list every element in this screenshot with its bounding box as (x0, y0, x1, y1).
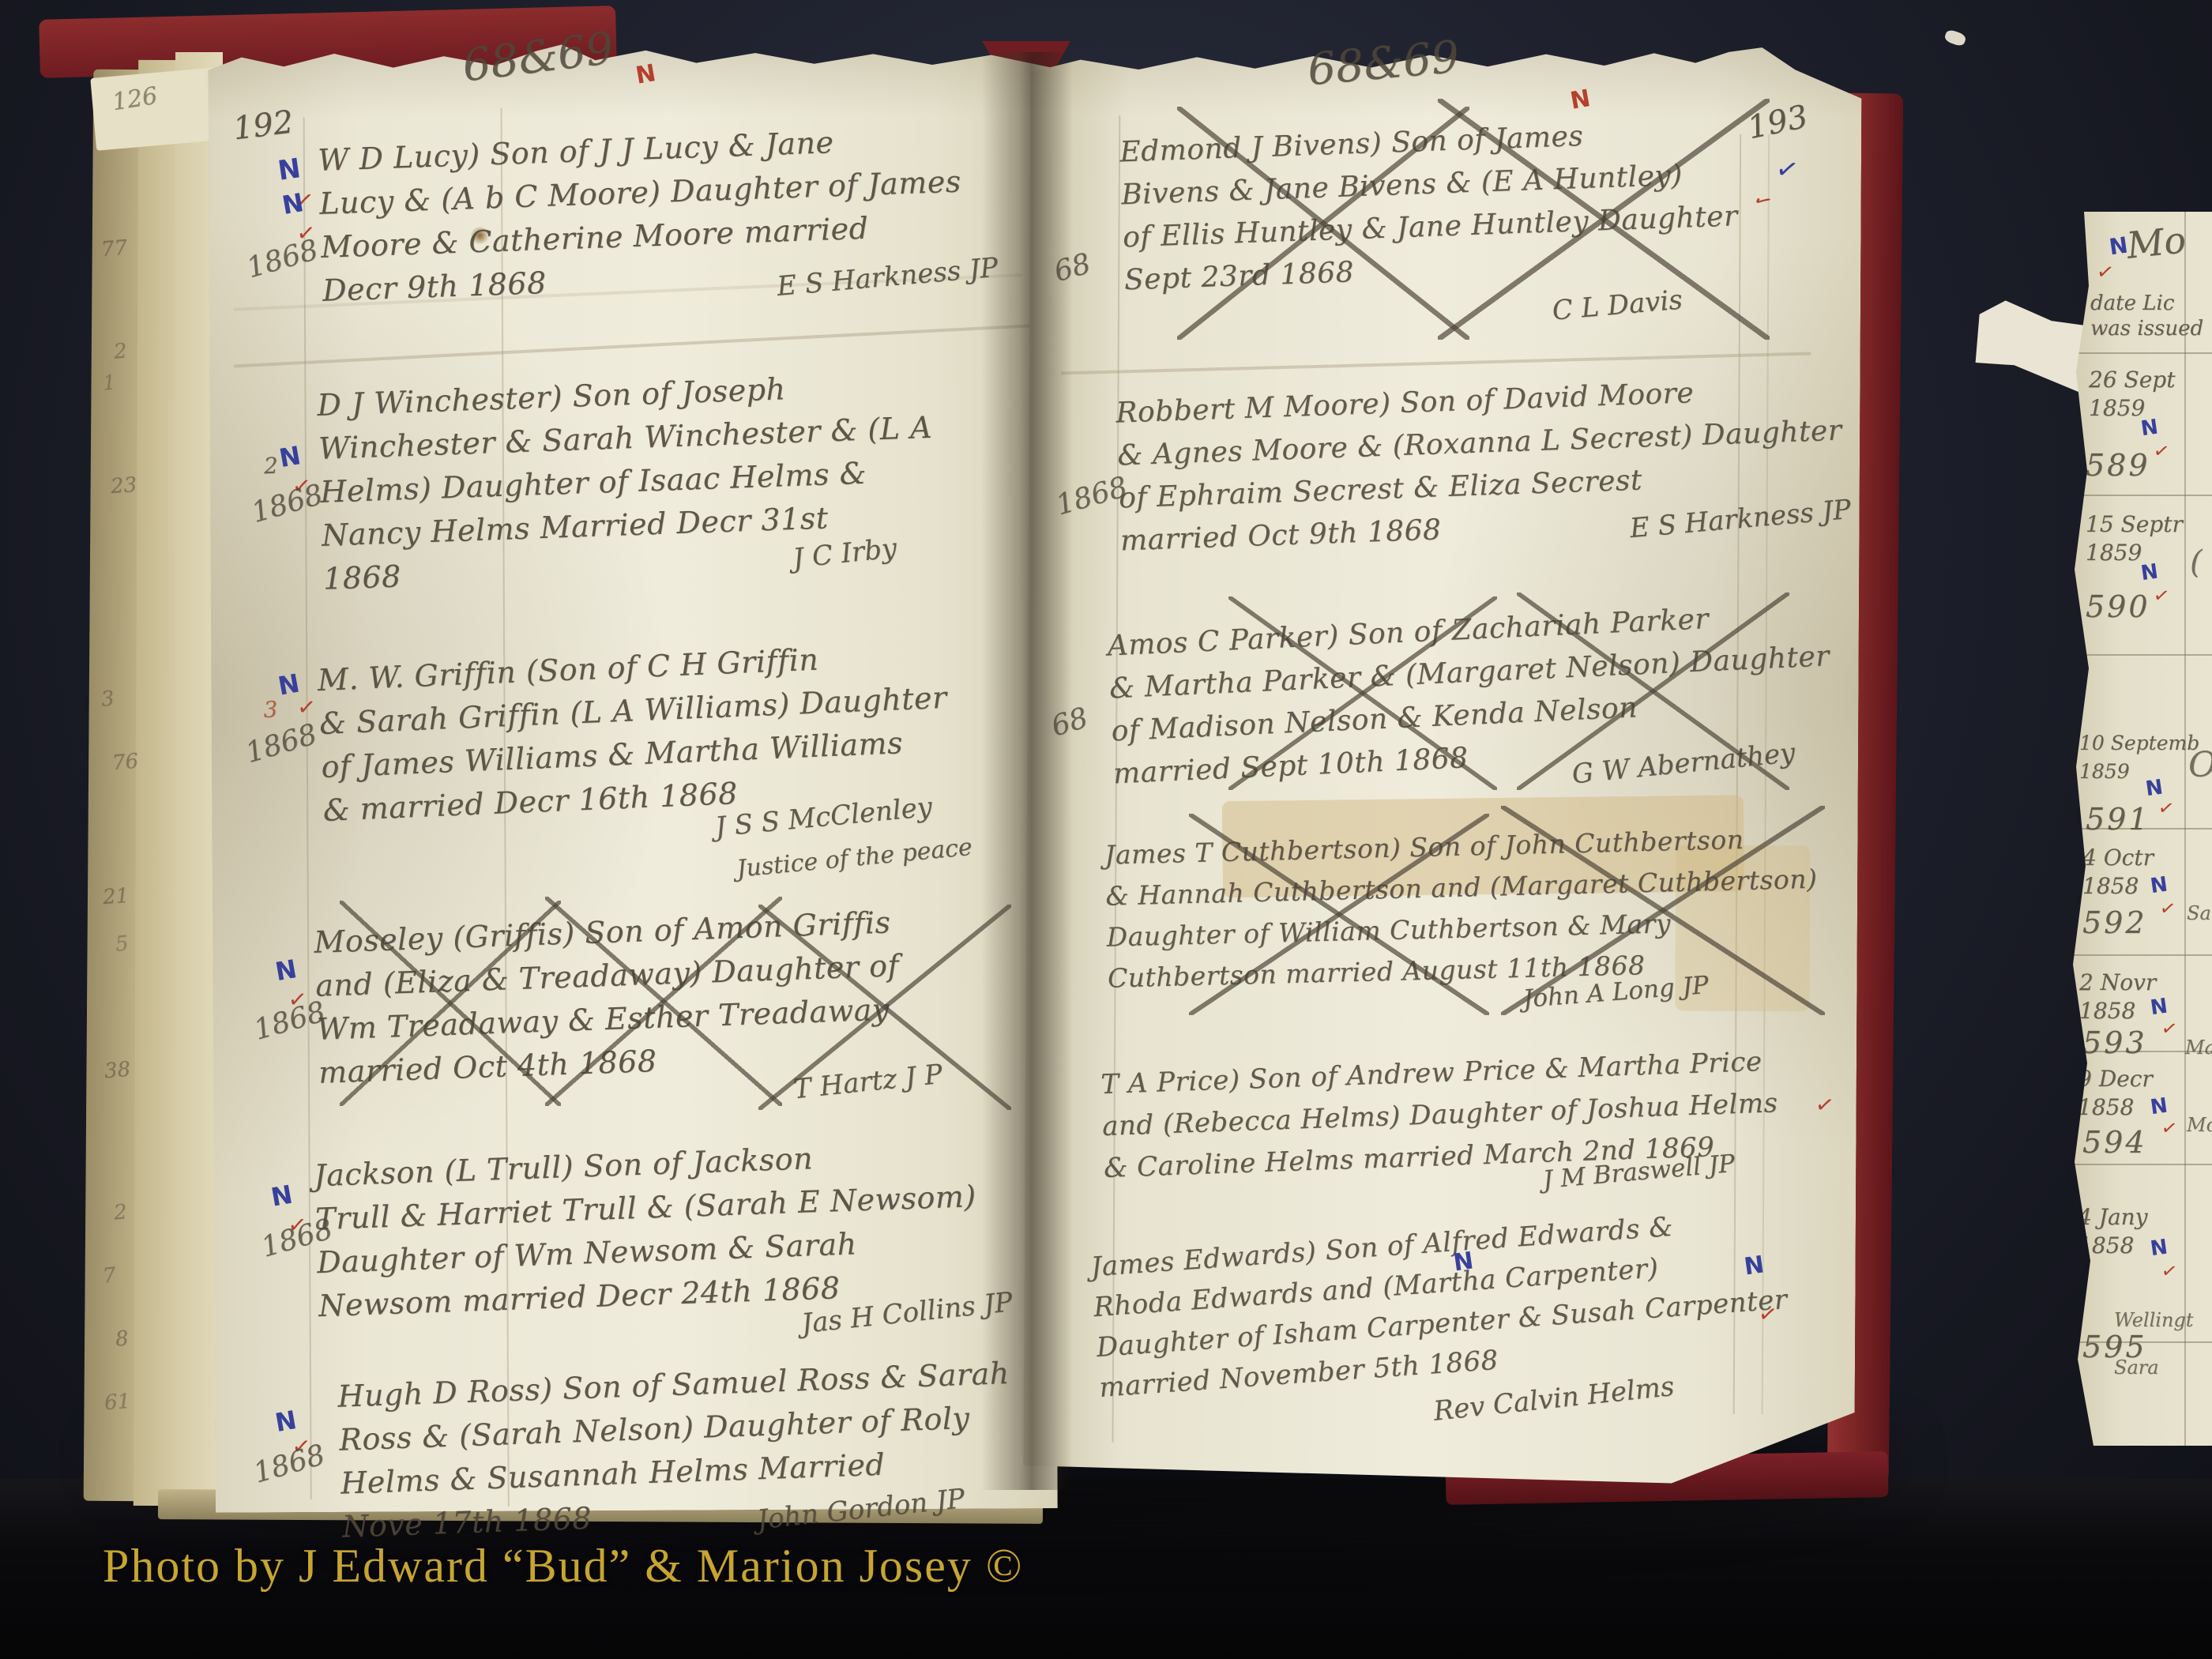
marriage-entry: 3 N ✓ 1868 M. W. Griffin (Son of C H Gri… (317, 629, 1042, 833)
fragment-separator (2068, 1164, 2212, 1165)
marriage-entry: 2 N ✓ 1868 D J Winchester) Son of Joseph… (316, 359, 1042, 601)
entry-index-mark: 2 (263, 453, 278, 480)
red-check-mark: ✓ (2158, 897, 2177, 919)
edge-number: 77 (100, 236, 129, 262)
page-crease (234, 324, 1031, 367)
ledger-photograph: 126 77 2 1 23 3 76 21 5 38 2 7 8 61 68&6… (0, 0, 2212, 1659)
red-check-mark: ✓ (2152, 440, 2171, 461)
fragment-column-header: date Lic was issued (2090, 291, 2203, 341)
license-number: 592 (2082, 905, 2147, 940)
edge-number: 3 (100, 687, 115, 712)
fragment-row: 4 Octr 1858 N ✓ 592 Sam (2068, 844, 2212, 954)
blue-n-mark: N (273, 956, 299, 984)
fragment-partial-text: Wellingt Sara (2114, 1296, 2193, 1391)
crossout-x (758, 905, 1011, 1110)
red-check-mark: ✓ (2157, 797, 2176, 818)
crossout-x (1228, 596, 1497, 790)
edge-number: 2 (113, 339, 128, 363)
edge-number: 2 (113, 1200, 128, 1224)
license-date: 4 Octr 1858 (2082, 844, 2154, 901)
fragment-row: 10 Septemb 1859 N ✓ 591 O (2068, 729, 2212, 848)
license-number: 589 (2086, 448, 2150, 483)
edge-number: 8 (115, 1326, 130, 1351)
edge-number: 38 (103, 1058, 132, 1084)
fragment-partial-text: Sam (2187, 901, 2212, 926)
crossout-x (545, 897, 782, 1106)
crossout-x (1177, 107, 1469, 340)
blue-n-mark: N (2149, 1237, 2169, 1260)
fragment-page: Mo N ✓ date Lic was issued 26 Sept 1859 … (2068, 212, 2212, 1446)
red-check-mark: ✓ (2095, 261, 2116, 284)
fragment-row: 15 Septr 1859 N ✓ 590 ( (2068, 510, 2212, 645)
crossout-x (340, 901, 561, 1106)
fragment-header: Mo (2124, 218, 2188, 267)
marriage-entry: N ✓ 1868 Hugh D Ross) Son of Samuel Ross… (337, 1350, 1053, 1548)
fragment-row: 4 Jany 1858 N ✓ 595 Wellingt Sara (2068, 1203, 2212, 1440)
page-rule-line (303, 117, 312, 1499)
entry-text: D J Winchester) Son of Joseph Winchester… (316, 359, 1042, 601)
entry-text: M. W. Griffin (Son of C H Griffin & Sara… (317, 629, 1042, 833)
blue-n-mark: N (269, 1182, 295, 1210)
entry-text: Hugh D Ross) Son of Samuel Ross & Sarah … (337, 1350, 1053, 1548)
crossout-x (1517, 592, 1789, 790)
red-check-mark: ✓ (2160, 1018, 2179, 1039)
edge-number: 21 (102, 884, 130, 909)
fragment-partial-text: ( (2190, 550, 2203, 575)
fragment-row: 9 Decr 1858 N ✓ 594 Mo (2068, 1065, 2212, 1160)
red-check-mark: ✓ (2160, 1260, 2179, 1281)
edge-number: 5 (114, 931, 130, 957)
fragment-separator (2068, 954, 2212, 956)
red-check-mark: ✓ (1814, 1093, 1836, 1118)
blue-n-mark: N (280, 190, 306, 218)
marriage-entry: N ✓ 1868 Jackson (L Trull) Son of Jackso… (313, 1129, 1053, 1328)
crossout-x (1501, 806, 1825, 1015)
crossout-x (1189, 814, 1489, 1015)
blue-n-mark: N (2149, 875, 2169, 897)
fragment-separator (2068, 352, 2212, 354)
blue-n-mark: N (2149, 1096, 2169, 1119)
edge-number: 76 (111, 750, 140, 776)
blue-n-mark: N (2108, 235, 2129, 259)
red-check-mark: ✓ (2152, 585, 2171, 606)
license-date: 9 Decr 1858 (2078, 1065, 2153, 1122)
blue-n-mark: N (276, 671, 301, 699)
fragment-separator (2068, 654, 2212, 656)
blue-n-mark: N (276, 155, 303, 185)
red-check-mark: ✓ (2160, 1117, 2179, 1138)
license-date: 4 Jany 1858 (2078, 1203, 2147, 1260)
license-number: 594 (2082, 1125, 2147, 1160)
paper-scrap (1943, 28, 1967, 47)
license-date: 26 Sept 1859 (2089, 366, 2175, 423)
fragment-partial-text: Mary (2185, 1035, 2212, 1060)
entry-index-mark: 3 (263, 696, 278, 723)
edge-number: 61 (103, 1390, 131, 1415)
marriage-entry: N ✓ 1868 W D Lucy) Son of J J Lucy & Jan… (317, 114, 1041, 313)
blue-n-mark: N (2139, 562, 2159, 585)
license-number: 590 (2086, 589, 2150, 624)
marriage-entry: 1868 Robbert M Moore) Son of David Moore… (1115, 366, 1872, 562)
fragment-row: 26 Sept 1859 N ✓ 589 (2068, 366, 2212, 500)
license-date: 2 Novr 1858 (2079, 969, 2156, 1025)
red-check-mark: ✓ (1757, 1302, 1779, 1327)
license-date: 15 Septr 1859 (2086, 510, 2183, 567)
license-date: 10 Septemb 1859 (2079, 729, 2199, 786)
red-n-mark: N (634, 62, 658, 88)
blue-n-mark: N (1452, 1249, 1475, 1275)
red-check-mark: ✓ (296, 696, 317, 720)
edge-number: 7 (101, 1263, 117, 1288)
blue-n-mark: N (2149, 996, 2169, 1019)
edge-number: 1 (102, 371, 117, 395)
blue-n-mark: N (277, 442, 303, 471)
crossout-x (1438, 99, 1770, 340)
fragment-row: 2 Novr 1858 N ✓ 593 Mary (2068, 969, 2212, 1063)
license-number: 593 (2082, 1025, 2147, 1060)
license-number: 591 (2086, 802, 2150, 837)
fragment-partial-text: O (2188, 753, 2212, 778)
fragment-partial-text: Mo (2187, 1112, 2212, 1138)
edge-number: 23 (110, 473, 137, 498)
page-number-left: 192 (231, 104, 295, 148)
blue-n-mark: N (2139, 417, 2159, 440)
blue-n-mark: N (273, 1407, 299, 1435)
blue-n-mark: N (1743, 1253, 1766, 1279)
photographer-watermark: Photo by J Edward “Bud” & Marion Josey © (103, 1539, 1023, 1593)
